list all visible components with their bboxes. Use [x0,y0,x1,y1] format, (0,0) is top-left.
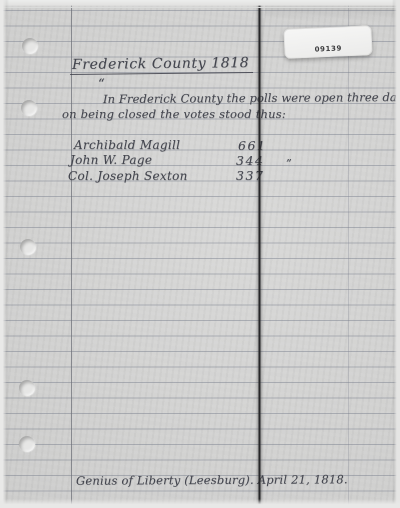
right-faint-rule-line [348,0,349,508]
punch-hole [19,380,35,396]
punch-hole [19,436,35,452]
candidate-name: Col. Joseph Sexton [68,169,188,183]
page-bottom-edge [0,499,400,508]
left-margin-line [71,0,72,508]
candidate-name: Archibald Magill [74,138,180,152]
source-citation: Genius of Liberty (Leesburg). April 21, … [76,472,348,487]
catalog-sticker: 09139 [283,25,372,59]
punch-hole [21,100,37,116]
ruled-lines [0,10,400,508]
candidate-name: John W. Page [70,153,152,167]
page-right-edge [392,0,400,508]
page-heading: Frederick County 1818 [70,55,253,75]
page-top-edge [0,0,400,8]
quote-line-2: on being closed the votes stood thus: [62,107,286,121]
punch-hole [20,239,36,255]
ditto-mark: ” [286,157,292,170]
open-quote-mark: “ [98,77,105,92]
quote-line-1: In Frederick County the polls were open … [103,90,400,106]
page-left-edge [0,0,9,508]
book-spine-fold-line [258,0,261,508]
scanned-notebook-page: 09139 Frederick County 1818 “ In Frederi… [0,0,400,508]
catalog-number: 09139 [314,44,342,53]
vote-count: 661 [238,138,266,153]
punch-hole [22,38,38,54]
